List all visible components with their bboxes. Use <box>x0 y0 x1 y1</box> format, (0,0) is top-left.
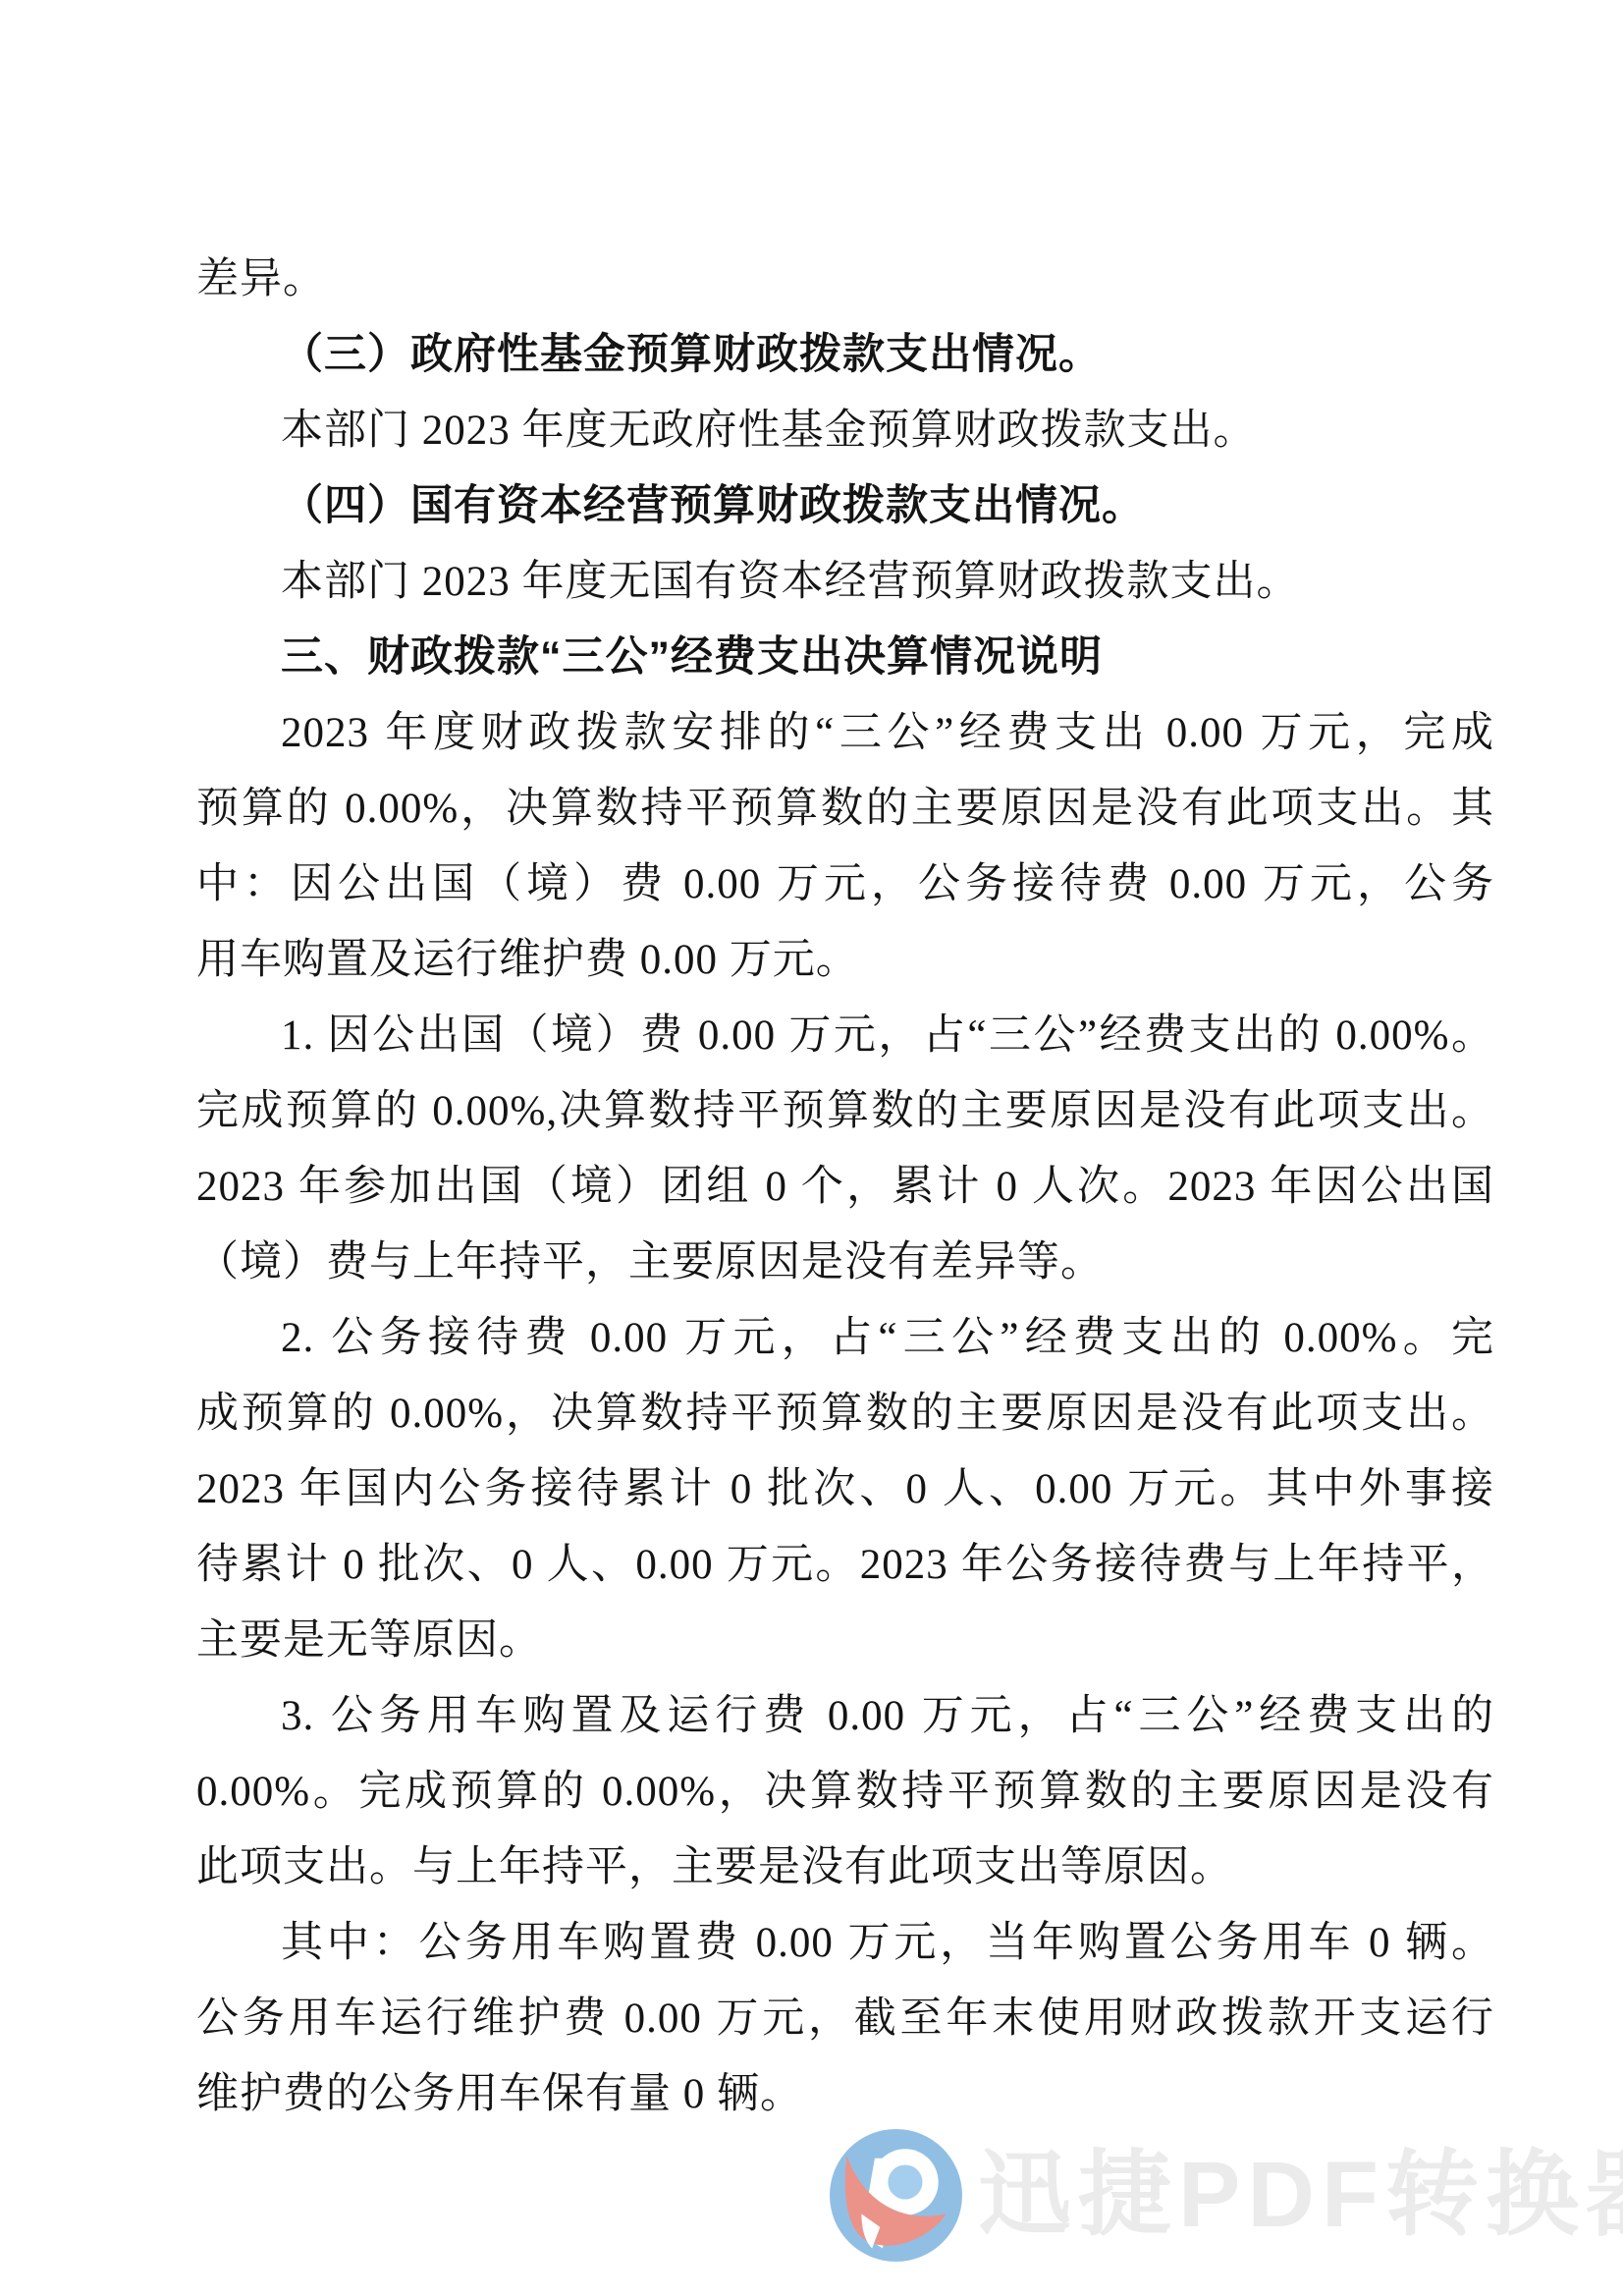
para-sangong-overview: 2023 年度财政拨款安排的“三公”经费支出 0.00 万元，完成预算的 0.0… <box>196 695 1494 998</box>
heading-section-4: （四）国有资本经营预算财政拨款支出情况。 <box>196 468 1494 544</box>
text-line: 中：因公出国（境）费 0.00 万元，公务接待费 0.00 万元，公务 <box>196 847 1494 922</box>
text-line: 1. 因公出国（境）费 0.00 万元，占“三公”经费支出的 0.00%。 <box>196 998 1494 1073</box>
text-line: 本部门 2023 年度无政府性基金预算财政拨款支出。 <box>196 393 1494 468</box>
document-body: 差异。（三）政府性基金预算财政拨款支出情况。本部门 2023 年度无政府性基金预… <box>196 242 1494 2132</box>
text-line: 公务用车运行维护费 0.00 万元，截至年末使用财政拨款开支运行 <box>196 1981 1494 2056</box>
text-line: 用车购置及运行维护费 0.00 万元。 <box>196 922 1494 998</box>
text-line: 其中：公务用车购置费 0.00 万元，当年购置公务用车 0 辆。 <box>196 1905 1494 1981</box>
text-line: 此项支出。与上年持平，主要是没有此项支出等原因。 <box>196 1830 1494 1905</box>
watermark-text: 迅捷PDF转换器 <box>978 2129 1623 2262</box>
heading-sangong: 三、财政拨款“三公”经费支出决算情况说明 <box>196 620 1494 695</box>
heading-section-3: （三）政府性基金预算财政拨款支出情况。 <box>196 317 1494 393</box>
text-line: （境）费与上年持平，主要原因是没有差异等。 <box>196 1225 1494 1300</box>
para-item-1-abroad: 1. 因公出国（境）费 0.00 万元，占“三公”经费支出的 0.00%。完成预… <box>196 998 1494 1300</box>
text-line: 本部门 2023 年度无国有资本经营预算财政拨款支出。 <box>196 544 1494 620</box>
text-line: （三）政府性基金预算财政拨款支出情况。 <box>196 317 1494 393</box>
para-vehicle-detail: 其中：公务用车购置费 0.00 万元，当年购置公务用车 0 辆。公务用车运行维护… <box>196 1905 1494 2132</box>
text-line: （四）国有资本经营预算财政拨款支出情况。 <box>196 468 1494 544</box>
para-section-4: 本部门 2023 年度无国有资本经营预算财政拨款支出。 <box>196 544 1494 620</box>
text-line: 2023 年参加出国（境）团组 0 个，累计 0 人次。2023 年因公出国 <box>196 1149 1494 1225</box>
text-line: 0.00%。完成预算的 0.00%，决算数持平预算数的主要原因是没有 <box>196 1754 1494 1830</box>
text-line: 维护费的公务用车保有量 0 辆。 <box>196 2056 1494 2132</box>
text-line: 待累计 0 批次、0 人、0.00 万元。2023 年公务接待费与上年持平， <box>196 1527 1494 1603</box>
para-item-3-vehicle: 3. 公务用车购置及运行费 0.00 万元，占“三公”经费支出的0.00%。完成… <box>196 1678 1494 1905</box>
text-line: 2023 年度财政拨款安排的“三公”经费支出 0.00 万元，完成 <box>196 695 1494 771</box>
text-line: 2023 年国内公务接待累计 0 批次、0 人、0.00 万元。其中外事接 <box>196 1451 1494 1527</box>
text-line: 差异。 <box>196 242 1494 317</box>
para-section-3: 本部门 2023 年度无政府性基金预算财政拨款支出。 <box>196 393 1494 468</box>
watermark: 迅捷PDF转换器 <box>830 2129 1623 2262</box>
para-item-2-reception: 2. 公务接待费 0.00 万元，占“三公”经费支出的 0.00%。完成预算的 … <box>196 1300 1494 1678</box>
text-line: 2. 公务接待费 0.00 万元，占“三公”经费支出的 0.00%。完 <box>196 1300 1494 1376</box>
text-line: 主要是无等原因。 <box>196 1603 1494 1678</box>
document-page: 差异。（三）政府性基金预算财政拨款支出情况。本部门 2023 年度无政府性基金预… <box>0 0 1623 2296</box>
text-line: 3. 公务用车购置及运行费 0.00 万元，占“三公”经费支出的 <box>196 1678 1494 1754</box>
text-line: 完成预算的 0.00%,决算数持平预算数的主要原因是没有此项支出。 <box>196 1073 1494 1149</box>
text-line: 三、财政拨款“三公”经费支出决算情况说明 <box>196 620 1494 695</box>
pdf-converter-logo-icon <box>830 2129 962 2262</box>
continuation-line: 差异。 <box>196 242 1494 317</box>
text-line: 成预算的 0.00%，决算数持平预算数的主要原因是没有此项支出。 <box>196 1376 1494 1451</box>
text-line: 预算的 0.00%，决算数持平预算数的主要原因是没有此项支出。其 <box>196 771 1494 847</box>
